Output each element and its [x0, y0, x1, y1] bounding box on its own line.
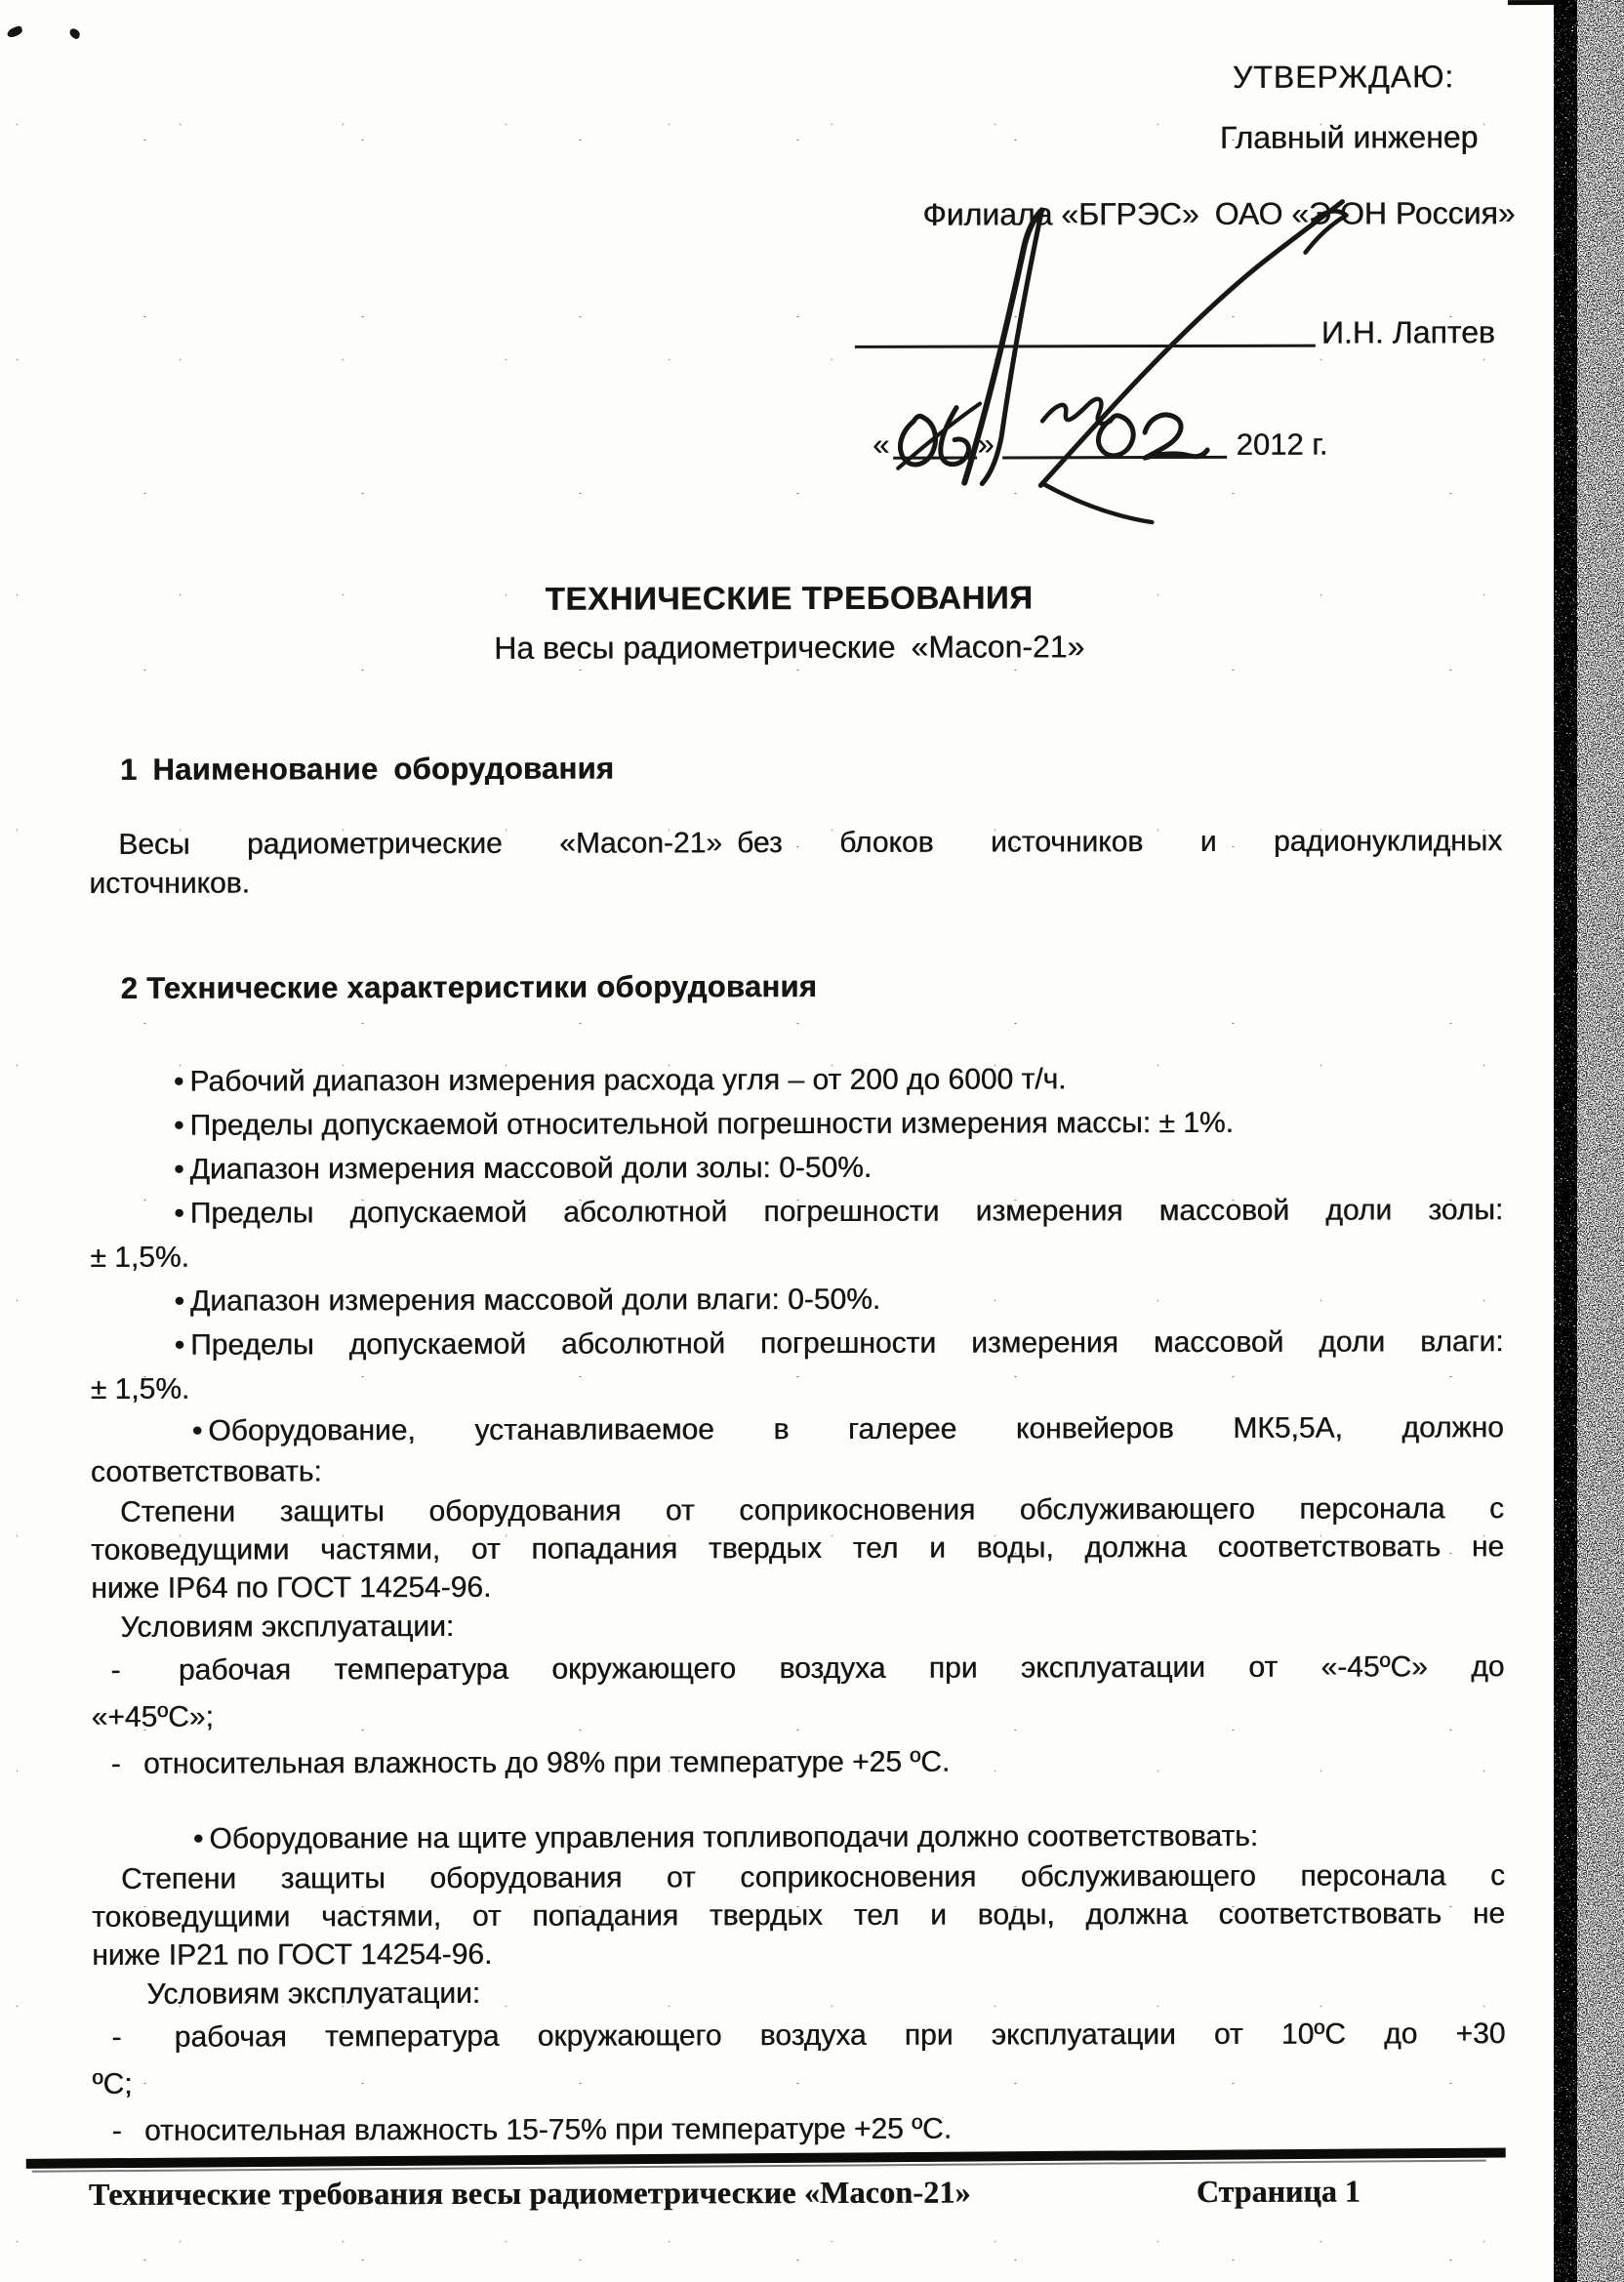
scan-edge-artifact [1508, 0, 1568, 5]
section-2-body: • Рабочий диапазон измерения расхода угл… [90, 1056, 1506, 2155]
text-line: - относительная влажность до 98% при тем… [92, 1737, 1505, 1788]
document-content: УТВЕРЖДАЮ: Главный инженер Филиала «БГРЭ… [0, 0, 1624, 2282]
text-line: • Пределы допускаемой относительной погр… [90, 1100, 1503, 1148]
paragraph: • Оборудование, устанавливаемое в галере… [91, 1407, 1504, 1493]
close-quote: » [977, 428, 994, 463]
text-line: • Оборудование, устанавливаемое в галере… [91, 1407, 1504, 1452]
text-line: Условиям эксплуатации: [91, 1604, 1504, 1648]
section-1-heading: 1 Наименование оборудования [89, 746, 1502, 791]
text-line: Весы радиометрические «Macon-21» без бло… [89, 822, 1502, 865]
text-line: соответствовать: [91, 1448, 1504, 1493]
section-1-body: Весы радиометрические «Macon-21» без бло… [89, 822, 1502, 904]
text-line: • Диапазон измерения массовой доли золы:… [90, 1144, 1503, 1192]
paragraph: Степени защиты оборудования от соприкосн… [91, 1489, 1504, 1608]
paragraph: - рабочая температура окружающего воздух… [91, 1644, 1504, 1741]
date-day-underline [893, 418, 977, 460]
section-2: 2 Технические характеристики оборудовани… [90, 964, 1506, 2155]
paragraph: - рабочая температура окружающего воздух… [92, 2011, 1505, 2108]
text-line: Условиям эксплуатации: [92, 1971, 1505, 2015]
document-subtitle: На весы радиометрические «Macon-21» [0, 625, 1580, 670]
text-line: ºС; [92, 2058, 1505, 2108]
date-month-underline [1002, 417, 1227, 460]
text-line: • Оборудование на щите управления топлив… [92, 1815, 1505, 1860]
date-line: «»2012 г. [873, 417, 1327, 461]
text-line: ± 1,5%. [91, 1364, 1504, 1411]
text-line: ниже IP21 по ГОСТ 14254-96. [92, 1933, 1505, 1975]
section-1: 1 Наименование оборудования Весы радиоме… [89, 746, 1502, 904]
text-line: ниже IP64 по ГОСТ 14254-96. [91, 1566, 1504, 1608]
text-line: «+45ºС»; [91, 1691, 1504, 1741]
paragraph: Условиям эксплуатации: [91, 1604, 1504, 1648]
text-line: Степени защиты оборудования от соприкосн… [91, 1489, 1504, 1531]
text-line: • Диапазон измерения массовой доли влаги… [90, 1276, 1503, 1324]
text-line: Степени защиты оборудования от соприкосн… [92, 1856, 1505, 1898]
text-line: - рабочая температура окружающего воздух… [91, 1644, 1504, 1694]
text-line: • Пределы допускаемой абсолютной погрешн… [90, 1320, 1503, 1367]
text-line: токоведущими частями, от попадания тверд… [92, 1895, 1505, 1936]
text-line: источников. [89, 861, 1502, 904]
text-line: - рабочая температура окружающего воздух… [92, 2011, 1505, 2061]
paragraph: • Пределы допускаемой относительной погр… [90, 1100, 1503, 1148]
paragraph: • Рабочий диапазон измерения расхода угл… [90, 1056, 1503, 1104]
paragraph: Условиям эксплуатации: [92, 1971, 1505, 2015]
page-footer: Технические требования весы радиометриче… [3, 2173, 1624, 2177]
section-2-heading: 2 Технические характеристики оборудовани… [90, 964, 1503, 1009]
ink-speck [6, 25, 23, 39]
text-line: - относительная влажность 15-75% при тем… [93, 2104, 1506, 2155]
paragraph: • Оборудование на щите управления топлив… [92, 1815, 1505, 1860]
open-quote: « [873, 428, 889, 463]
footer-title: Технические требования весы радиометриче… [89, 2175, 971, 2213]
date-year: 2012 г. [1237, 428, 1328, 463]
title-block: ТЕХНИЧЕСКИЕ ТРЕБОВАНИЯ На весы радиометр… [0, 576, 1580, 670]
approver-organization: Филиала «БГРЭС» ОАО «Э.ОН Россия» [922, 195, 1515, 233]
approval-label: УТВЕРЖДАЮ: [1233, 59, 1454, 96]
paragraph: • Диапазон измерения массовой доли влаги… [90, 1276, 1503, 1324]
text-line: ± 1,5%. [90, 1232, 1503, 1280]
signature-line: И.Н. Лаптев [855, 306, 1484, 347]
paragraph: • Диапазон измерения массовой доли золы:… [90, 1144, 1503, 1192]
paragraph: • Пределы допускаемой абсолютной погрешн… [90, 1188, 1503, 1280]
text-line: • Рабочий диапазон измерения расхода угл… [90, 1056, 1503, 1104]
paragraph: • Пределы допускаемой абсолютной погрешн… [90, 1320, 1503, 1411]
document-title: ТЕХНИЧЕСКИЕ ТРЕБОВАНИЯ [0, 576, 1580, 621]
scanned-page: УТВЕРЖДАЮ: Главный инженер Филиала «БГРЭ… [0, 0, 1624, 2282]
signature-underline [855, 307, 1316, 348]
text-line: токоведущими частями, от попадания тверд… [91, 1528, 1504, 1569]
paragraph: - относительная влажность до 98% при тем… [92, 1737, 1505, 1788]
paragraph: Степени защиты оборудования от соприкосн… [92, 1856, 1505, 1975]
ink-speck [68, 27, 82, 40]
text-line: • Пределы допускаемой абсолютной погрешн… [90, 1188, 1503, 1236]
footer-page-number: Страница 1 [1197, 2174, 1360, 2210]
signer-name: И.Н. Лаптев [1321, 314, 1495, 350]
approver-role: Главный инженер [1220, 119, 1479, 156]
paragraph: - относительная влажность 15-75% при тем… [93, 2104, 1506, 2155]
